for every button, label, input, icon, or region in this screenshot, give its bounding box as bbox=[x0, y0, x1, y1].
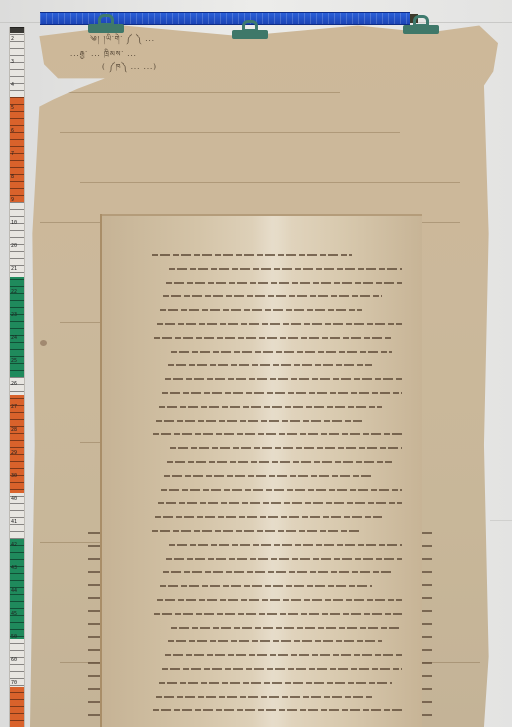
manuscript-text-line bbox=[168, 640, 382, 642]
binder-clip bbox=[232, 20, 268, 40]
paper-crease bbox=[40, 92, 340, 93]
margin-annotation bbox=[88, 675, 100, 677]
manuscript-text-line bbox=[169, 544, 402, 546]
scale-label: 9 bbox=[11, 198, 14, 203]
scale-label: 26 bbox=[11, 382, 17, 387]
scale-label: 10 bbox=[11, 221, 17, 226]
margin-annotation bbox=[88, 649, 100, 651]
manuscript-text-line bbox=[166, 558, 402, 560]
scale-label: 5 bbox=[11, 106, 14, 111]
margin-annotation bbox=[88, 714, 100, 716]
scale-label: 29 bbox=[11, 451, 17, 456]
binder-clip bbox=[88, 14, 124, 34]
manuscript-text-line bbox=[165, 654, 402, 656]
manuscript-text-line bbox=[171, 627, 402, 629]
manuscript-text-line bbox=[163, 295, 382, 297]
margin-annotation bbox=[88, 662, 100, 664]
manuscript-text-line bbox=[152, 254, 352, 256]
margin-annotation bbox=[88, 623, 100, 625]
manuscript-text-line bbox=[160, 309, 362, 311]
scale-label: 4 bbox=[11, 83, 14, 88]
manuscript-text-line bbox=[155, 516, 382, 518]
ink-stain bbox=[40, 340, 47, 346]
scale-label: 21 bbox=[11, 267, 17, 272]
manuscript-text-line bbox=[159, 682, 392, 684]
manuscript-text-line bbox=[169, 268, 402, 270]
manuscript-text-line bbox=[171, 351, 392, 353]
scale-label: 3 bbox=[11, 60, 14, 65]
manuscript-text-line bbox=[156, 420, 362, 422]
manuscript-text-line bbox=[164, 475, 372, 477]
measuring-scale: 2345678910202122232425262728293040414243… bbox=[9, 27, 25, 727]
scale-label: 50 bbox=[11, 635, 17, 640]
manuscript-text-line bbox=[153, 433, 402, 435]
manuscript-text-line bbox=[167, 461, 392, 463]
scale-label: 23 bbox=[11, 313, 17, 318]
manuscript-text-line bbox=[153, 709, 402, 711]
scale-label: 30 bbox=[11, 474, 17, 479]
manuscript-text-line bbox=[156, 696, 372, 698]
scale-label: 2 bbox=[11, 37, 14, 42]
margin-annotation bbox=[88, 597, 100, 599]
manuscript-text-line bbox=[161, 489, 402, 491]
scale-label: 25 bbox=[11, 359, 17, 364]
scale-label: 6 bbox=[11, 129, 14, 134]
paper-crease bbox=[80, 182, 460, 183]
scale-label: 22 bbox=[11, 290, 17, 295]
scale-label: 45 bbox=[11, 612, 17, 617]
manuscript-text-line bbox=[152, 530, 362, 532]
manuscript-text-line bbox=[163, 571, 392, 573]
margin-annotation bbox=[88, 532, 100, 534]
manuscript-text-line bbox=[165, 378, 402, 380]
header-text-line: ...རྒྱ་ ... ཁྲིམས་ ... bbox=[70, 47, 137, 55]
manuscript-text-line bbox=[159, 406, 382, 408]
margin-annotation bbox=[88, 701, 100, 703]
scale-label: 43 bbox=[11, 566, 17, 571]
margin-annotation bbox=[88, 636, 100, 638]
scale-label: 8 bbox=[11, 175, 14, 180]
manuscript-text-line bbox=[157, 323, 402, 325]
scale-label: 7 bbox=[11, 152, 14, 157]
margin-annotation bbox=[88, 558, 100, 560]
scale-label: 44 bbox=[11, 589, 17, 594]
scale-label: 40 bbox=[11, 497, 17, 502]
margin-annotation bbox=[88, 610, 100, 612]
manuscript-text-line bbox=[154, 337, 392, 339]
manuscript-text-line bbox=[162, 668, 402, 670]
manuscript-text-line bbox=[160, 585, 372, 587]
scale-label: 70 bbox=[11, 681, 17, 686]
margin-annotation bbox=[88, 571, 100, 573]
margin-annotation bbox=[88, 584, 100, 586]
manuscript-text-line bbox=[168, 364, 372, 366]
scale-label: 60 bbox=[11, 658, 17, 663]
manuscript-text-line bbox=[154, 613, 402, 615]
paper-crease bbox=[60, 132, 400, 133]
scale-label: 24 bbox=[11, 336, 17, 341]
binder-clip bbox=[403, 15, 439, 35]
scale-label: 42 bbox=[11, 543, 17, 548]
manuscript-text-line bbox=[162, 392, 402, 394]
scale-label: 20 bbox=[11, 244, 17, 249]
manuscript-sheet bbox=[102, 214, 422, 727]
manuscript-text-line bbox=[157, 599, 402, 601]
scale-label: 41 bbox=[11, 520, 17, 525]
manuscript-text-line bbox=[158, 502, 402, 504]
manuscript-text-line bbox=[170, 447, 402, 449]
scale-label: 28 bbox=[11, 428, 17, 433]
wall-seam bbox=[490, 520, 512, 521]
margin-annotation bbox=[88, 688, 100, 690]
margin-annotation bbox=[88, 545, 100, 547]
manuscript-text-line bbox=[166, 282, 402, 284]
header-text-line: ( ༼ཁ༽ ... ...) bbox=[102, 60, 157, 68]
scale-label: 27 bbox=[11, 405, 17, 410]
